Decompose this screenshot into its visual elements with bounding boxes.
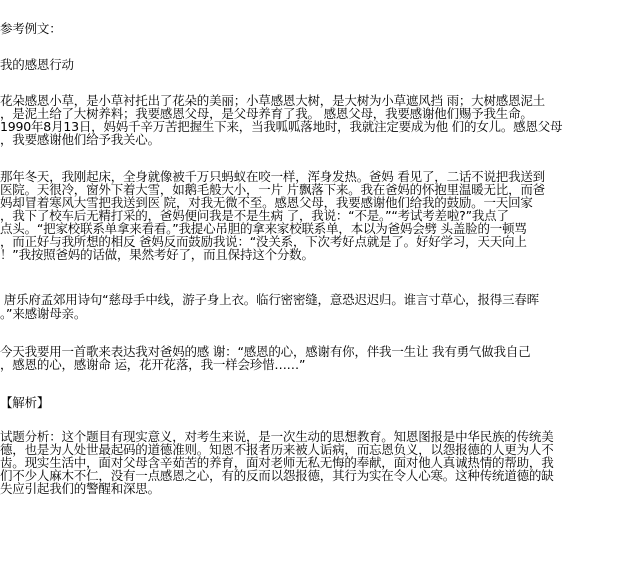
text-line: 。”来感谢母亲。 — [0, 307, 86, 321]
text-line: 唐乐府孟郊用诗句“慈母手中线，游子身上衣。临行密密缝，意恐迟迟归。谁言寸草心，报… — [0, 293, 539, 307]
reference-heading: 参考例文： — [0, 22, 62, 36]
essay-title: 我的感恩行动 — [0, 58, 74, 72]
text-line: ！”我按照爸妈的话做，果然考好了，而且保持这个分数。 — [0, 248, 314, 262]
analysis-heading: 【解析】 — [0, 396, 49, 410]
text-line: 失应引起我们的警醒和深思。 — [0, 482, 160, 496]
text-line: ，我要感谢他们给予我关心。 — [0, 133, 160, 147]
text-line: ，感恩的心，感谢命 运，花开花落，我一样会珍惜……” — [0, 358, 305, 372]
